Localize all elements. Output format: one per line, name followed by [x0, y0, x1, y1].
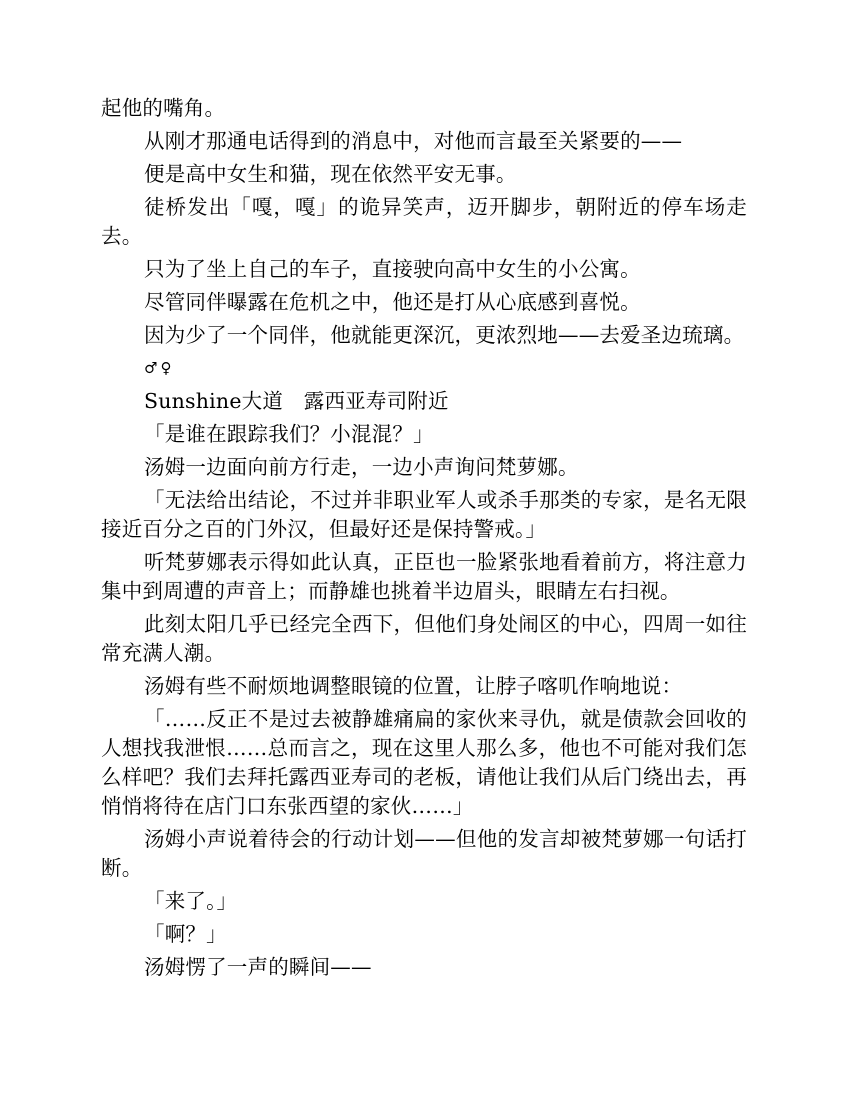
paragraph: 此刻太阳几乎已经完全西下，但他们身处闹区的中心，四周一如往常充满人潮。 — [101, 610, 747, 668]
dialogue-paragraph: 「啊？」 — [101, 920, 747, 949]
dialogue-paragraph: 「是谁在跟踪我们？小混混？」 — [101, 420, 747, 449]
scene-break-symbols: ♂♀ — [101, 354, 747, 383]
dialogue-paragraph: 「无法给出结论，不过并非职业军人或杀手那类的专家，是名无限接近百分之百的门外汉，… — [101, 486, 747, 544]
document-page: 起他的嘴角。 从刚才那通电话得到的消息中，对他而言最至关紧要的—— 便是高中女生… — [101, 94, 747, 986]
paragraph: 因为少了一个同伴，他就能更深沉，更浓烈地——去爱圣边琉璃。 — [101, 321, 747, 350]
paragraph: 汤姆小声说着待会的行动计划——但他的发言却被梵萝娜一句话打断。 — [101, 825, 747, 883]
paragraph: 起他的嘴角。 — [101, 94, 747, 123]
paragraph: 只为了坐上自己的车子，直接驶向高中女生的小公寓。 — [101, 255, 747, 284]
paragraph: 徒桥发出「嘎，嘎」的诡异笑声，迈开脚步，朝附近的停车场走去。 — [101, 193, 747, 251]
dialogue-paragraph: 「来了。」 — [101, 887, 747, 916]
dialogue-paragraph: 「……反正不是过去被静雄痛扁的家伙来寻仇，就是债款会回收的人想找我泄恨……总而言… — [101, 705, 747, 821]
paragraph: 便是高中女生和猫，现在依然平安无事。 — [101, 160, 747, 189]
paragraph: 听梵萝娜表示得如此认真，正臣也一脸紧张地看着前方，将注意力集中到周遭的声音上；而… — [101, 548, 747, 606]
scene-heading: Sunshine大道 露西亚寿司附近 — [101, 387, 747, 416]
paragraph: 汤姆一边面向前方行走，一边小声询问梵萝娜。 — [101, 453, 747, 482]
paragraph: 从刚才那通电话得到的消息中，对他而言最至关紧要的—— — [101, 127, 747, 156]
paragraph: 汤姆有些不耐烦地调整眼镜的位置，让脖子喀叽作响地说： — [101, 672, 747, 701]
paragraph: 汤姆愣了一声的瞬间—— — [101, 953, 747, 982]
paragraph: 尽管同伴曝露在危机之中，他还是打从心底感到喜悦。 — [101, 288, 747, 317]
